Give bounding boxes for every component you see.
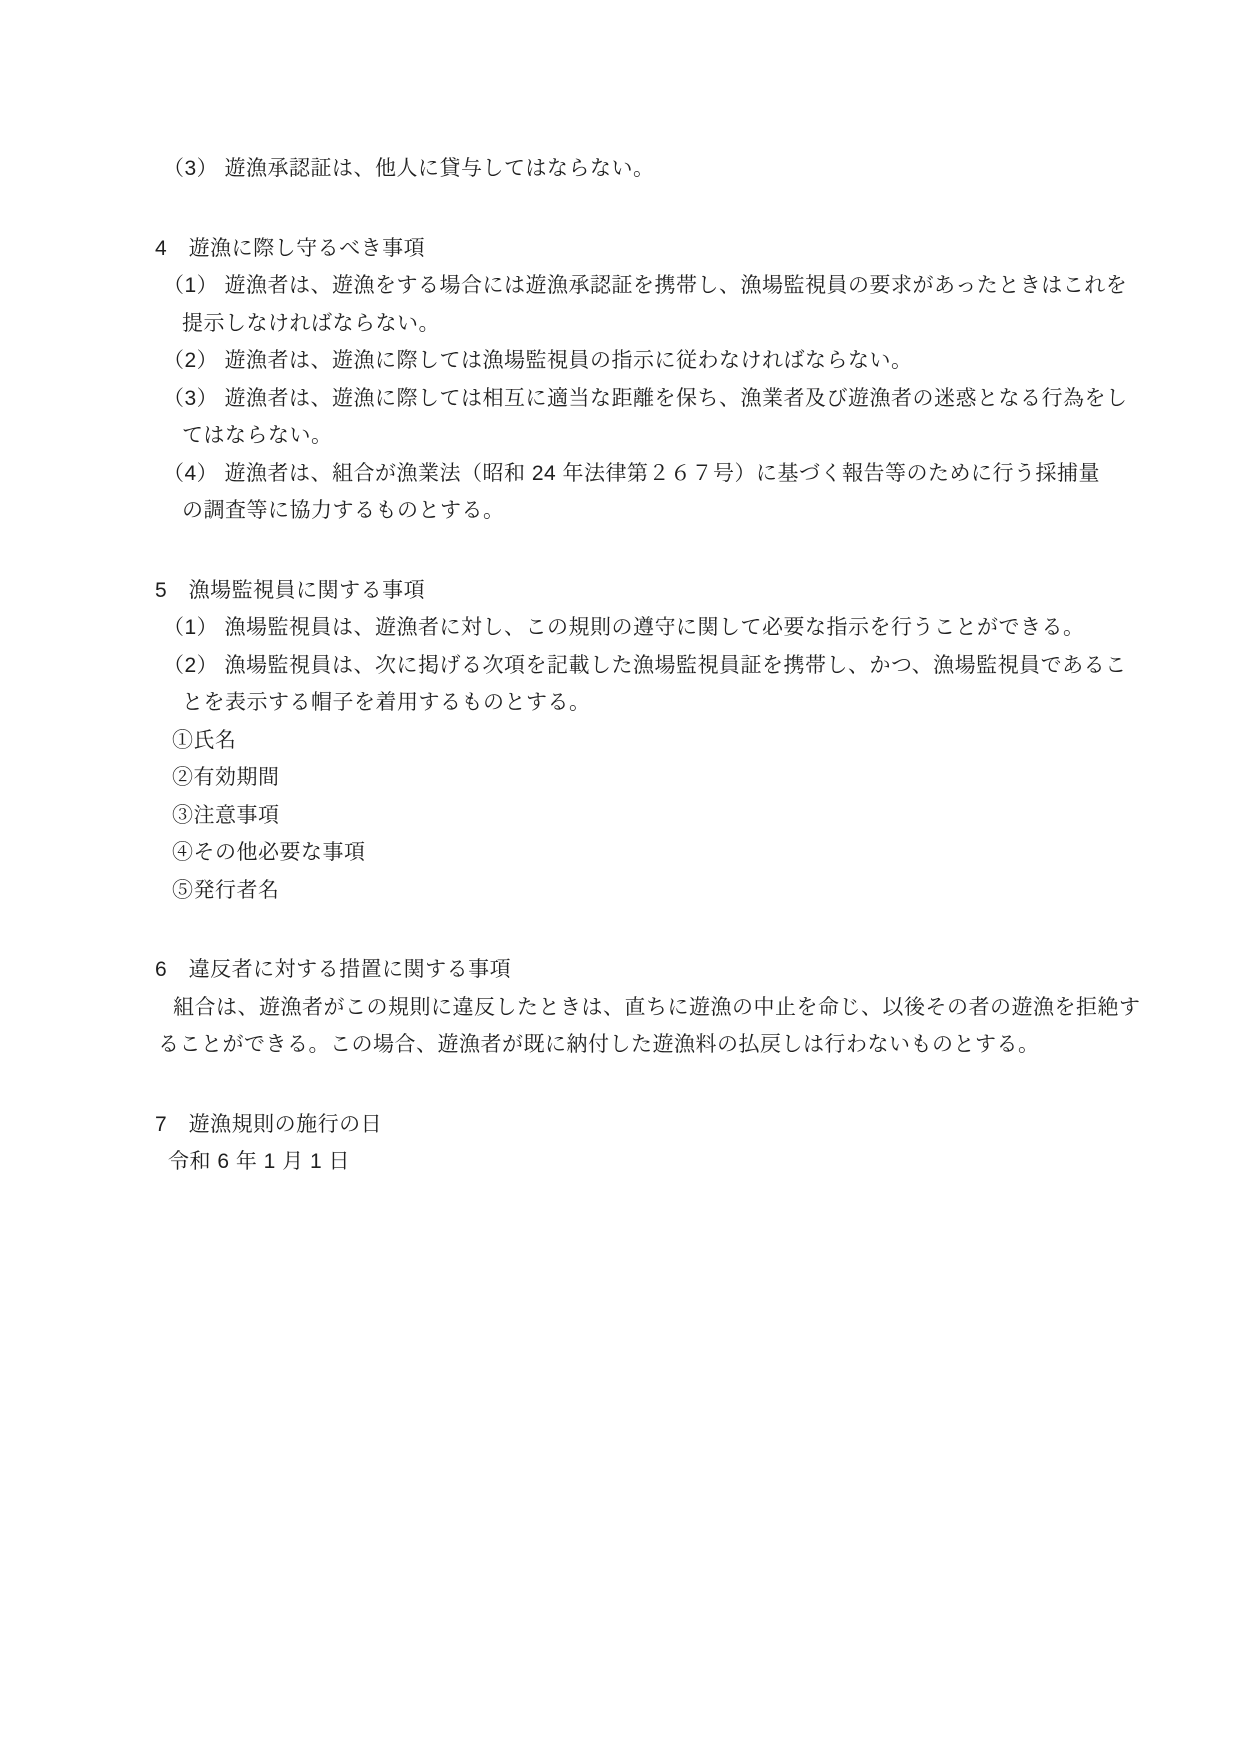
card-item-3-notes: ③注意事項 — [172, 797, 1105, 835]
document-page: （3） 遊漁承認証は、他人に貸与してはならない。 4 遊漁に際し守るべき事項 （… — [0, 0, 1240, 1755]
clause-4-2: （2） 遊漁者は、遊漁に際しては漁場監視員の指示に従わなければならない。 — [163, 342, 1105, 380]
document-body: （3） 遊漁承認証は、他人に貸与してはならない。 4 遊漁に際し守るべき事項 （… — [155, 150, 1105, 1181]
clause-4-3: （3） 遊漁者は、遊漁に際しては相互に適当な距離を保ち、漁業者及び遊漁者の迷惑と… — [163, 380, 1105, 418]
card-item-2-validity: ②有効期間 — [172, 759, 1105, 797]
card-item-4-other: ④その他必要な事項 — [172, 834, 1105, 872]
card-item-5-issuer: ⑤発行者名 — [172, 872, 1105, 910]
clause-3-3: （3） 遊漁承認証は、他人に貸与してはならない。 — [163, 150, 1105, 188]
clause-4-1: （1） 遊漁者は、遊漁をする場合には遊漁承認証を携帯し、漁場監視員の要求があった… — [163, 267, 1105, 305]
section-4-heading: 4 遊漁に際し守るべき事項 — [155, 230, 1105, 268]
clause-5-2: （2） 漁場監視員は、次に掲げる次項を記載した漁場監視員証を携帯し、かつ、漁場監… — [163, 647, 1105, 685]
section-6: 6 違反者に対する措置に関する事項 組合は、遊漁者がこの規則に違反したときは、直… — [155, 951, 1105, 1064]
clause-4-4: （4） 遊漁者は、組合が漁業法（昭和 24 年法律第２６７号）に基づく報告等のた… — [163, 455, 1105, 493]
clause-4-4-continuation: の調査等に協力するものとする。 — [182, 492, 1105, 530]
section-5: 5 漁場監視員に関する事項 （1） 漁場監視員は、遊漁者に対し、この規則の遵守に… — [155, 572, 1105, 910]
section-3-remainder: （3） 遊漁承認証は、他人に貸与してはならない。 — [155, 150, 1105, 188]
clause-5-1: （1） 漁場監視員は、遊漁者に対し、この規則の遵守に関して必要な指示を行うことが… — [163, 609, 1105, 647]
clause-4-3-continuation: てはならない。 — [182, 417, 1105, 455]
clause-5-2-continuation: とを表示する帽子を着用するものとする。 — [182, 684, 1105, 722]
clause-4-1-continuation: 提示しなければならない。 — [182, 305, 1105, 343]
section-4: 4 遊漁に際し守るべき事項 （1） 遊漁者は、遊漁をする場合には遊漁承認証を携帯… — [155, 230, 1105, 530]
effective-date: 令和 6 年 1 月 1 日 — [168, 1143, 1105, 1181]
section-6-paragraph-line2: ることができる。この場合、遊漁者が既に納付した遊漁料の払戻しは行わないものとする… — [158, 1026, 1105, 1064]
section-6-paragraph-line1: 組合は、遊漁者がこの規則に違反したときは、直ちに遊漁の中止を命じ、以後その者の遊… — [173, 989, 1105, 1027]
card-item-1-name: ①氏名 — [172, 722, 1105, 760]
section-5-heading: 5 漁場監視員に関する事項 — [155, 572, 1105, 610]
section-7-heading: 7 遊漁規則の施行の日 — [155, 1106, 1105, 1144]
section-7: 7 遊漁規則の施行の日 令和 6 年 1 月 1 日 — [155, 1106, 1105, 1181]
section-6-heading: 6 違反者に対する措置に関する事項 — [155, 951, 1105, 989]
